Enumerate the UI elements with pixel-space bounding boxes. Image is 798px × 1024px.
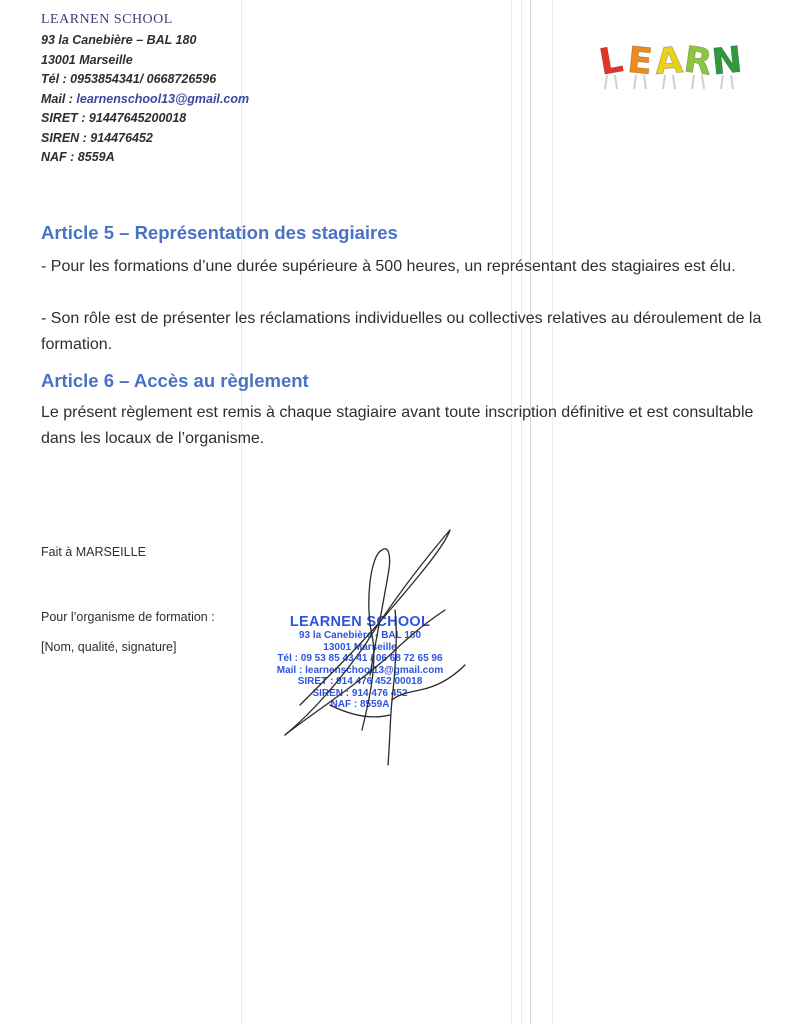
article-6-title: Article 6 – Accès au règlement — [41, 370, 309, 392]
scan-artifact-line — [521, 0, 522, 1024]
address-line: 93 la Canebière – BAL 180 — [41, 31, 249, 51]
siret-line: SIRET : 91447645200018 — [41, 109, 249, 129]
naf-line: NAF : 8559A — [41, 148, 249, 168]
scan-artifact-line — [511, 0, 512, 1024]
signature-scribble-icon — [270, 515, 470, 775]
for-org-text: Pour l’organisme de formation : — [41, 610, 215, 624]
svg-text:A: A — [654, 40, 685, 83]
learn-logo: LEARN — [597, 33, 747, 93]
svg-text:N: N — [710, 40, 744, 84]
mail-link[interactable]: learnenschool13@gmail.com — [76, 92, 249, 106]
scan-artifact-line — [530, 0, 531, 1024]
handwritten-signature — [270, 515, 470, 775]
learn-letters-icon: LEARN — [597, 33, 747, 93]
siren-line: SIREN : 914476452 — [41, 129, 249, 149]
letterhead: LEARNEN SCHOOL 93 la Canebière – BAL 180… — [41, 12, 249, 168]
mail-label: Mail : — [41, 92, 76, 106]
place-text: Fait à MARSEILLE — [41, 545, 146, 559]
mail-line: Mail : learnenschool13@gmail.com — [41, 90, 249, 110]
svg-text:E: E — [626, 40, 655, 83]
article-5-paragraph-1: - Pour les formations d’une durée supéri… — [41, 254, 781, 280]
scan-artifact-line — [552, 0, 553, 1024]
article-5-title: Article 5 – Représentation des stagiaire… — [41, 222, 398, 244]
article-6-paragraph-1: Le présent règlement est remis à chaque … — [41, 400, 781, 452]
article-5-paragraph-2: - Son rôle est de présenter les réclamat… — [41, 306, 781, 358]
signature-hint-text: [Nom, qualité, signature] — [41, 640, 177, 654]
phone-line: Tél : 0953854341/ 0668726596 — [41, 70, 249, 90]
org-name: LEARNEN SCHOOL — [41, 12, 249, 28]
svg-text:L: L — [597, 39, 626, 83]
city-line: 13001 Marseille — [41, 51, 249, 71]
